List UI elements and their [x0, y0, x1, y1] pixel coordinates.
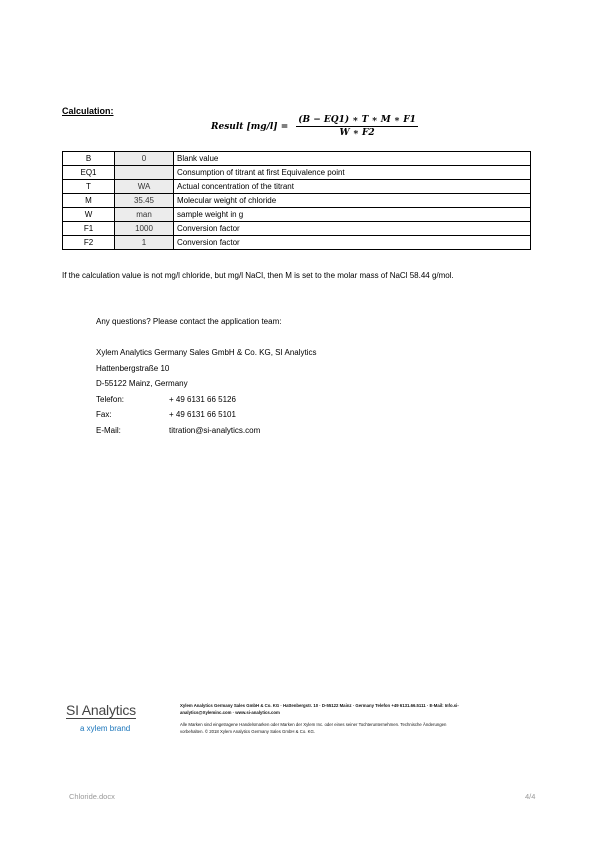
param-symbol: T: [63, 180, 115, 194]
param-value: man: [115, 208, 174, 222]
fax-label: Fax:: [96, 407, 169, 423]
param-description: Consumption of titrant at first Equivale…: [174, 166, 531, 180]
footer-filename: Chloride.docx: [69, 792, 115, 801]
logo-brand-text: SI Analytics: [66, 702, 136, 718]
param-symbol: B: [63, 152, 115, 166]
param-value: [115, 166, 174, 180]
legal-trademark: Alle Marken sind eingetragene Handelsmar…: [180, 721, 465, 735]
parameters-table: B0Blank valueEQ1Consumption of titrant a…: [62, 151, 531, 250]
si-analytics-logo: SI Analytics a xylem brand: [66, 702, 136, 733]
param-symbol: W: [63, 208, 115, 222]
param-value: 1000: [115, 222, 174, 236]
company-name: Xylem Analytics Germany Sales GmbH & Co.…: [96, 345, 317, 361]
logo-subtitle: a xylem brand: [80, 724, 136, 733]
table-row: TWAActual concentration of the titrant: [63, 180, 531, 194]
param-symbol: EQ1: [63, 166, 115, 180]
table-row: M35.45Molecular weight of chloride: [63, 194, 531, 208]
table-row: B0Blank value: [63, 152, 531, 166]
phone-row: Telefon: + 49 6131 66 5126: [96, 392, 317, 408]
table-row: EQ1Consumption of titrant at first Equiv…: [63, 166, 531, 180]
footer-page-number: 4/4: [525, 792, 535, 801]
param-symbol: F2: [63, 236, 115, 250]
param-value: WA: [115, 180, 174, 194]
email-link[interactable]: titration@si-analytics.com: [169, 423, 260, 439]
param-description: sample weight in g: [174, 208, 531, 222]
contact-intro: Any questions? Please contact the applic…: [96, 314, 317, 330]
table-row: Wmansample weight in g: [63, 208, 531, 222]
email-label: E-Mail:: [96, 423, 169, 439]
table-row: F21Conversion factor: [63, 236, 531, 250]
result-formula: Result [mg/l] = (B − EQ1) ∗ T ∗ M ∗ F1 W…: [211, 115, 418, 138]
param-description: Blank value: [174, 152, 531, 166]
email-row: E-Mail: titration@si-analytics.com: [96, 423, 317, 439]
table-row: F11000Conversion factor: [63, 222, 531, 236]
param-description: Conversion factor: [174, 222, 531, 236]
param-description: Conversion factor: [174, 236, 531, 250]
formula-numerator: (B − EQ1) ∗ T ∗ M ∗ F1: [296, 115, 418, 127]
param-symbol: M: [63, 194, 115, 208]
phone-label: Telefon:: [96, 392, 169, 408]
nacl-note: If the calculation value is not mg/l chl…: [62, 268, 532, 283]
formula-fraction: (B − EQ1) ∗ T ∗ M ∗ F1 W ∗ F2: [296, 115, 418, 138]
calculation-heading: Calculation:: [62, 106, 114, 116]
legal-address: Xylem Analytics Germany Sales GmbH & Co.…: [180, 702, 465, 716]
formula-denominator: W ∗ F2: [339, 127, 374, 138]
fax-row: Fax: + 49 6131 66 5101: [96, 407, 317, 423]
param-description: Molecular weight of chloride: [174, 194, 531, 208]
param-value: 1: [115, 236, 174, 250]
contact-block: Any questions? Please contact the applic…: [96, 314, 317, 438]
legal-text: Xylem Analytics Germany Sales GmbH & Co.…: [180, 702, 465, 735]
city-address: D-55122 Mainz, Germany: [96, 376, 317, 392]
param-symbol: F1: [63, 222, 115, 236]
param-value: 0: [115, 152, 174, 166]
formula-lhs: Result [mg/l] =: [211, 122, 288, 132]
phone-number: + 49 6131 66 5126: [169, 392, 236, 408]
fax-number: + 49 6131 66 5101: [169, 407, 236, 423]
param-value: 35.45: [115, 194, 174, 208]
param-description: Actual concentration of the titrant: [174, 180, 531, 194]
street-address: Hattenbergstraße 10: [96, 361, 317, 377]
